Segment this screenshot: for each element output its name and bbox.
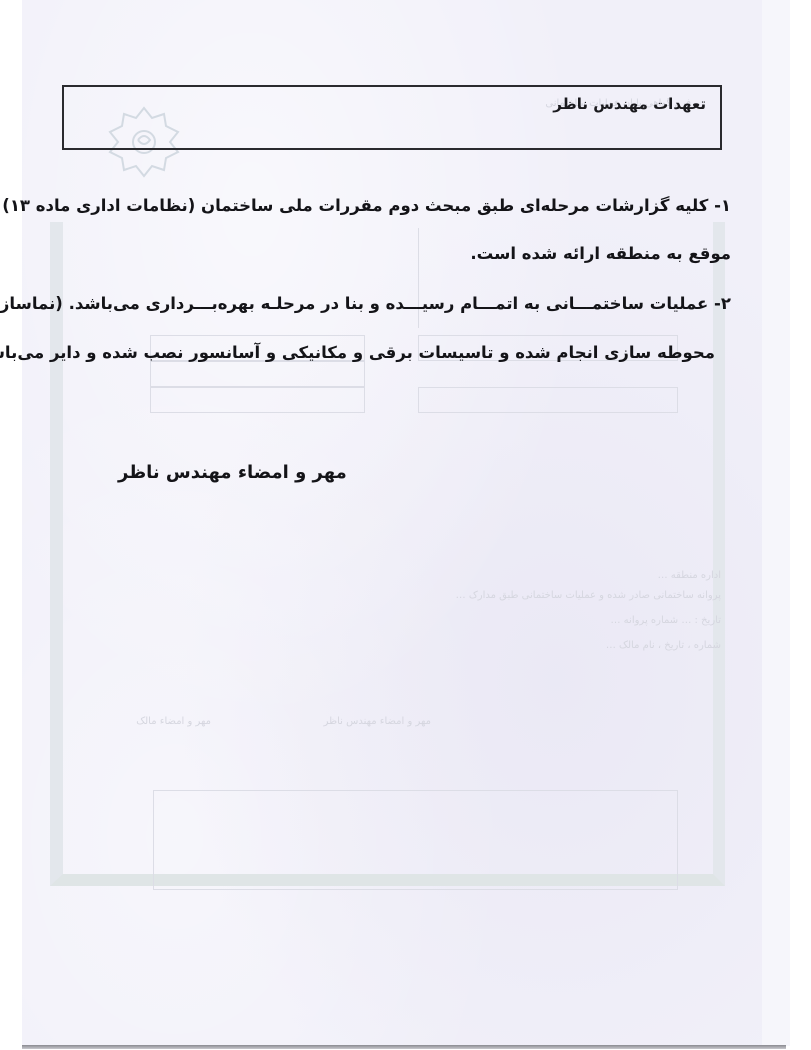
title-box: تعهدات مهندس ناظر xyxy=(62,85,722,150)
clause-1-line-2: موقع به منطقه ارائه شده است. xyxy=(470,244,731,263)
clause-2-line-2: محوطه سازی انجام شده و تاسیسات برقی و مک… xyxy=(0,343,715,362)
page-edge-strip xyxy=(762,0,790,1046)
page-bottom-edge xyxy=(22,1045,786,1049)
clause-1-line-1: ۱- کلیه گزارشات مرحله‌ای طبق مبحث دوم مق… xyxy=(0,196,731,215)
clause-2-line-1: ۲- عملیات ساختمـــانی به اتمـــام رسیـــ… xyxy=(0,294,731,313)
page-title: تعهدات مهندس ناظر xyxy=(553,95,706,113)
signature-label: مهر و امضاء مهندس ناظر xyxy=(118,462,347,483)
